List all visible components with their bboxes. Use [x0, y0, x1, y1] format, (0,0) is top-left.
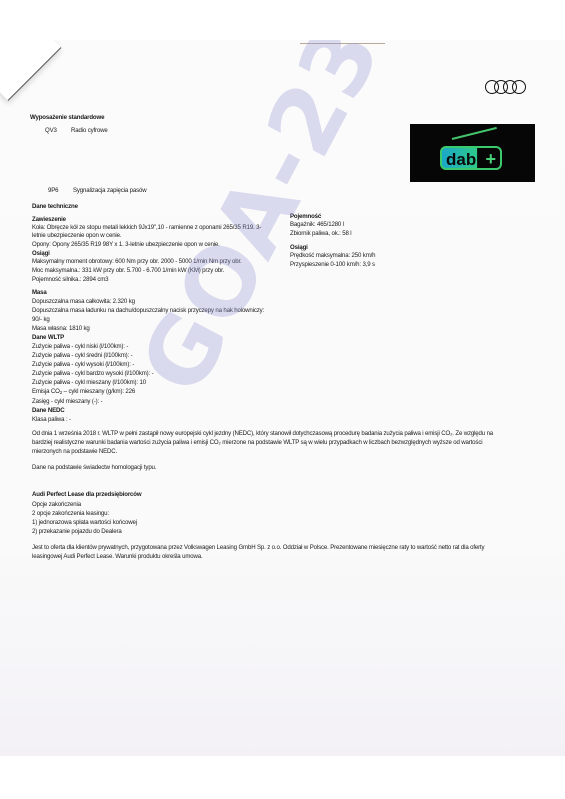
- power-spec: Moc maksymalna.: 331 kW przy obr. 5.700 …: [32, 267, 224, 275]
- wltp-note-line-3: mierzonych na podstawie NEDC.: [32, 448, 117, 456]
- tires-spec: Opony: Opony 265/35 R19 98Y x 1. 3-letni…: [32, 241, 220, 249]
- performance-heading: Osiągi: [32, 250, 50, 258]
- audi-logo-icon: [485, 80, 529, 94]
- torque-spec: Maksymalny moment obrotowy: 600 Nm przy …: [32, 258, 242, 266]
- dab-radio-icon: dab +: [440, 146, 502, 170]
- lease-option-2: 2) przekazanie pojazdu do Dealera: [32, 528, 122, 536]
- equipment-label: Sygnalizacja zapięcia pasów: [73, 187, 147, 195]
- lease-disclaimer-line-1: Jest to oferta dla klientów prywatnych, …: [32, 544, 484, 552]
- acceleration-spec: Przyspieszenie 0-100 km/h: 3,9 s: [290, 261, 375, 269]
- scanned-page: dab + Wyposażenie standardowe QV3 Radio …: [0, 40, 565, 756]
- wltp-note-line-1: Od dnia 1 września 2018 r. WLTP w pełni …: [32, 430, 493, 438]
- wltp-mid: Zużycie paliwa - cykl średni (l/100km): …: [32, 352, 133, 360]
- dab-plus-logo: dab +: [410, 124, 535, 182]
- co2-prefix: Emisja CO: [32, 388, 60, 395]
- performance-right-heading: Osiągi: [290, 244, 308, 252]
- lease-options-intro: 2 opcje zakończenia leasingu:: [32, 510, 109, 518]
- dab-plus-sign: +: [485, 148, 496, 170]
- wltp-range: Zasięg - cykl mieszany (-): -: [32, 398, 102, 406]
- wltp-note-line-2: bardziej realistyczne warunki badania wa…: [32, 439, 482, 447]
- lease-heading: Audi Perfect Lease dla przedsiębiorców: [32, 491, 141, 499]
- wltp-co2: Emisja CO2 – cykl mieszany (g/km): 226: [32, 388, 135, 397]
- equipment-code: 9P6: [48, 187, 58, 195]
- wltp-heading: Dane WLTP: [32, 334, 64, 342]
- dab-antenna-icon: [452, 127, 497, 140]
- wltp-low: Zużycie paliwa - cykl niski (l/100km): -: [32, 343, 128, 351]
- equipment-code: QV3: [45, 127, 57, 135]
- wheels-spec-cont: letnie ubezpieczenie opon w cenie.: [32, 232, 121, 240]
- wltp-high: Zużycie paliwa - cykl wysoki (l/100km): …: [32, 361, 134, 369]
- nedc-heading: Dane NEDC: [32, 407, 65, 415]
- co2-suffix: – cykl mieszany (g/km): 226: [62, 388, 135, 395]
- roof-load-value: 90/- kg: [32, 316, 50, 324]
- wltp-extra-high: Zużycie paliwa - cykl bardzo wysoki (l/1…: [32, 370, 153, 378]
- technical-data-heading: Dane techniczne: [32, 203, 78, 211]
- wltp-combined: Zużycie paliwa - cykl mieszany (l/100km)…: [32, 379, 146, 387]
- roof-load-spec: Dopuszczalna masa ładunku na dachu/dopus…: [32, 307, 264, 315]
- suspension-heading: Zawieszenie: [32, 216, 66, 224]
- fuel-class: Klasa paliwa : -: [32, 416, 71, 424]
- curb-weight-spec: Masa własna: 1810 kg: [32, 325, 90, 333]
- displacement-spec: Pojemność silnika.: 2894 cm3: [32, 276, 108, 284]
- top-speed-spec: Prędkość maksymalna: 250 km/h: [290, 252, 375, 260]
- gvw-spec: Dopuszczalna masa całkowita: 2.320 kg: [32, 298, 135, 306]
- lease-options-heading: Opcje zakończenia: [32, 501, 81, 509]
- trunk-spec: Bagażnik: 465/1280 l: [290, 221, 344, 229]
- standard-equipment-heading: Wyposażenie standardowe: [30, 114, 104, 122]
- capacity-heading: Pojemność: [290, 213, 321, 221]
- equipment-label: Radio cyfrowe: [71, 127, 108, 135]
- lease-option-1: 1) jednorazowa spłata wartości końcowej: [32, 519, 137, 527]
- dab-text: dab: [446, 150, 476, 169]
- mass-heading: Masa: [32, 289, 47, 297]
- tank-spec: Zbiornik paliwa, ok.: 58 l: [290, 230, 351, 238]
- wheels-spec: Koła: Obręcze kół ze stopu metali lekkic…: [32, 224, 261, 232]
- homologation-note: Dane na podstawie świadectw homologacji …: [32, 464, 156, 472]
- scan-artifact-line: [300, 43, 385, 44]
- lease-disclaimer-line-2: leasingowej Audi Perfect Lease. Warunki …: [32, 553, 203, 561]
- folded-corner: [0, 40, 61, 101]
